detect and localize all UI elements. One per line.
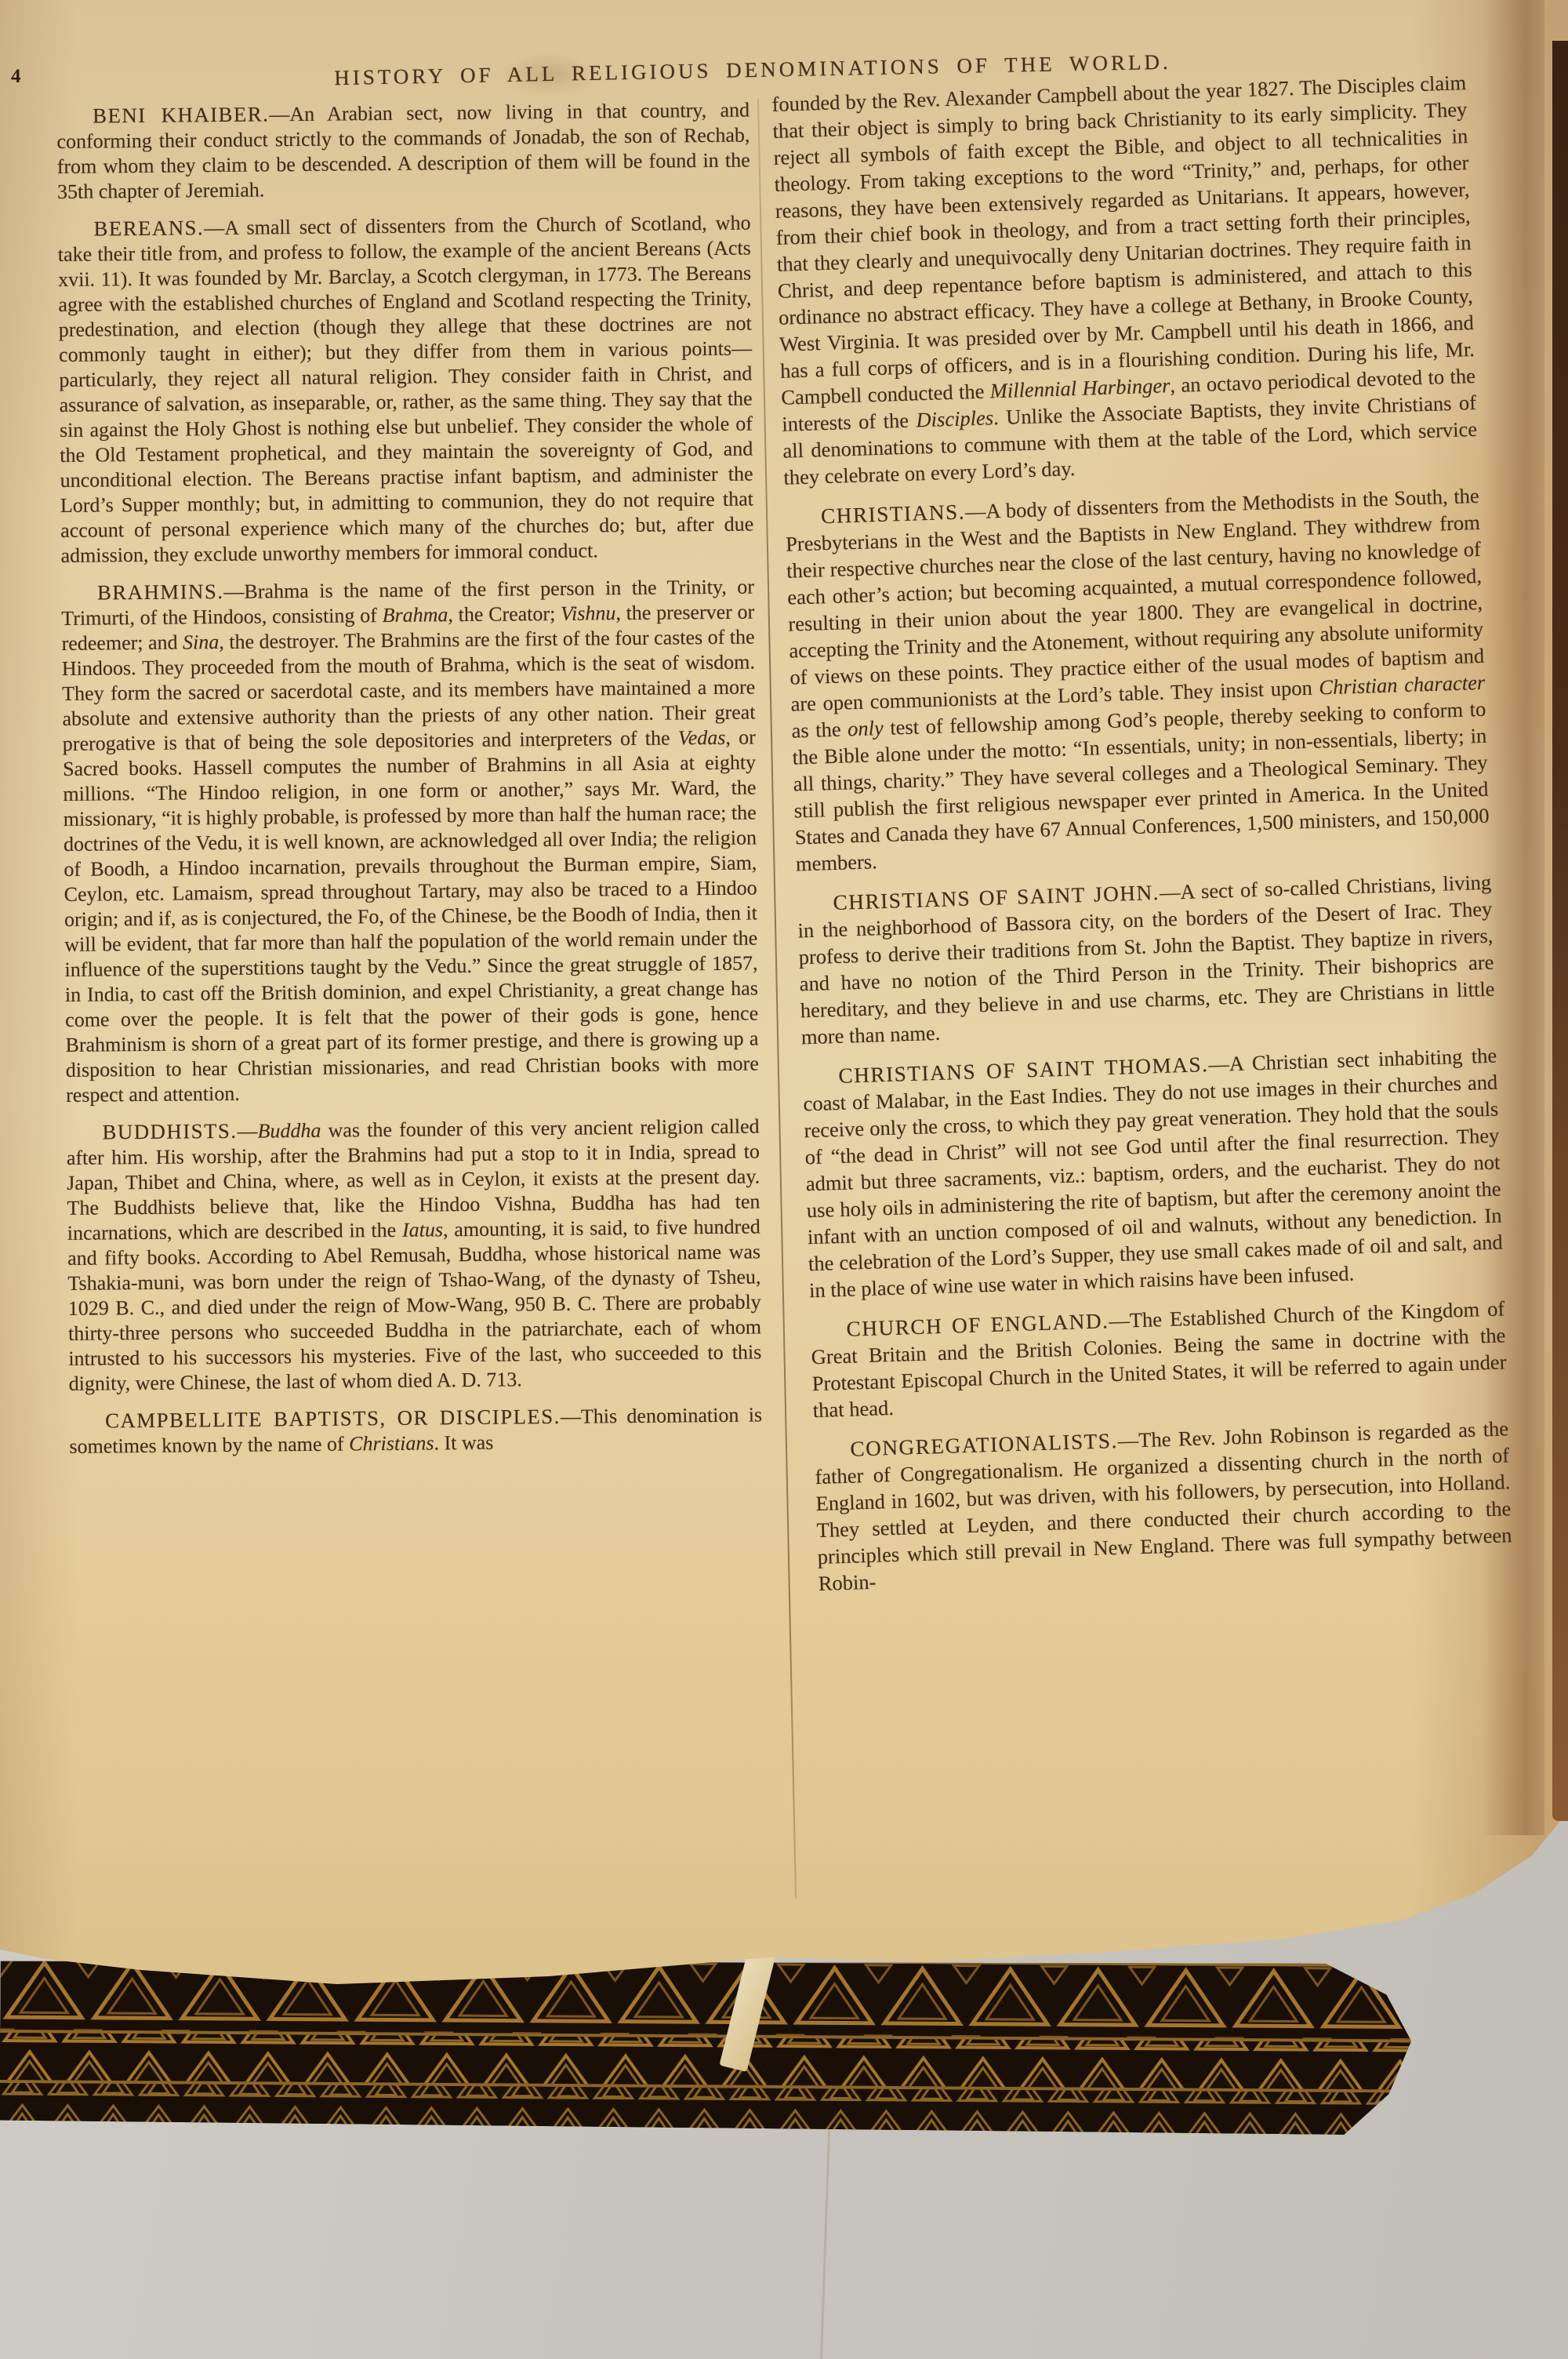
italic-text: Iatus — [402, 1218, 443, 1241]
italic-text: Vedas — [678, 726, 726, 750]
entry-paragraph: CHRISTIANS OF SAINT THOMAS.—A Christian … — [802, 1042, 1504, 1304]
triangle-pattern-icon — [0, 1954, 1416, 2135]
entry-paragraph: BEREANS.—A small sect of dissenters from… — [57, 210, 753, 569]
body-text: — — [237, 1120, 257, 1143]
entry-paragraph: founded by the Rev. Alexander Campbell a… — [771, 69, 1479, 491]
scanned-book-photo: { "theme":{ "paper_color":"#e5d0a4", "in… — [0, 0, 1568, 2359]
entry-heading: CHRISTIANS. — [821, 500, 966, 529]
italic-text: Millennial Harbinger — [989, 373, 1171, 402]
entry-heading: BUDDHISTS. — [102, 1119, 237, 1144]
italic-text: Buddha — [257, 1119, 321, 1143]
left-text-column: BENI KHAIBER.—An Arabian sect, now livin… — [56, 97, 763, 1471]
entry-heading: BEREANS. — [93, 216, 204, 240]
body-text: test of fellowship among God’s people, t… — [792, 697, 1490, 876]
entry-heading: BENI KHAIBER. — [93, 102, 269, 127]
italic-text: only — [848, 716, 884, 740]
italic-text: Vishnu — [561, 602, 616, 625]
entry-paragraph: BUDDHISTS.—Buddha was the founder of thi… — [66, 1113, 761, 1396]
italic-text: Christian character — [1319, 671, 1486, 700]
entry-paragraph: CHRISTIANS.—A body of dissenters from th… — [785, 482, 1491, 878]
italic-text: Disciples — [916, 405, 994, 431]
entry-heading: BRAHMINS. — [97, 580, 224, 605]
entry-paragraph: CAMPBELLITE BAPTISTS, OR DISCIPLES.—This… — [69, 1401, 763, 1459]
gilt-binding-edge — [0, 1954, 1416, 2135]
italic-text: Sina — [183, 631, 220, 653]
body-text: founded by the Rev. Alexander Campbell a… — [771, 71, 1475, 409]
right-text-column: founded by the Rev. Alexander Campbell a… — [771, 69, 1513, 1610]
entry-paragraph: CHURCH OF ENGLAND.—The Established Churc… — [810, 1295, 1508, 1423]
italic-text: Christians — [349, 1431, 434, 1455]
body-text: . It was — [434, 1431, 493, 1455]
entry-paragraph: BENI KHAIBER.—An Arabian sect, now livin… — [56, 97, 750, 205]
italic-text: Brahma — [382, 603, 448, 627]
body-text: as the — [791, 717, 848, 742]
body-text: , the Creator; — [448, 602, 561, 626]
adjacent-pages-edge — [1552, 41, 1568, 1821]
body-text: , or Sacred books. Hassell computes the … — [63, 725, 759, 1106]
entry-paragraph: BRAHMINS.—Brahma is the name of the firs… — [61, 573, 759, 1107]
entry-heading: CAMPBELLITE BAPTISTS, OR DISCIPLES. — [105, 1405, 561, 1433]
entry-paragraph: CHRISTIANS OF SAINT JOHN.—A sect of so-c… — [797, 869, 1496, 1051]
body-text: —A small sect of dissenters from the Chu… — [58, 212, 754, 567]
entry-heading: CHURCH OF ENGLAND. — [846, 1309, 1109, 1341]
entry-paragraph: CONGREGATIONALISTS.—The Rev. John Robins… — [814, 1415, 1513, 1597]
